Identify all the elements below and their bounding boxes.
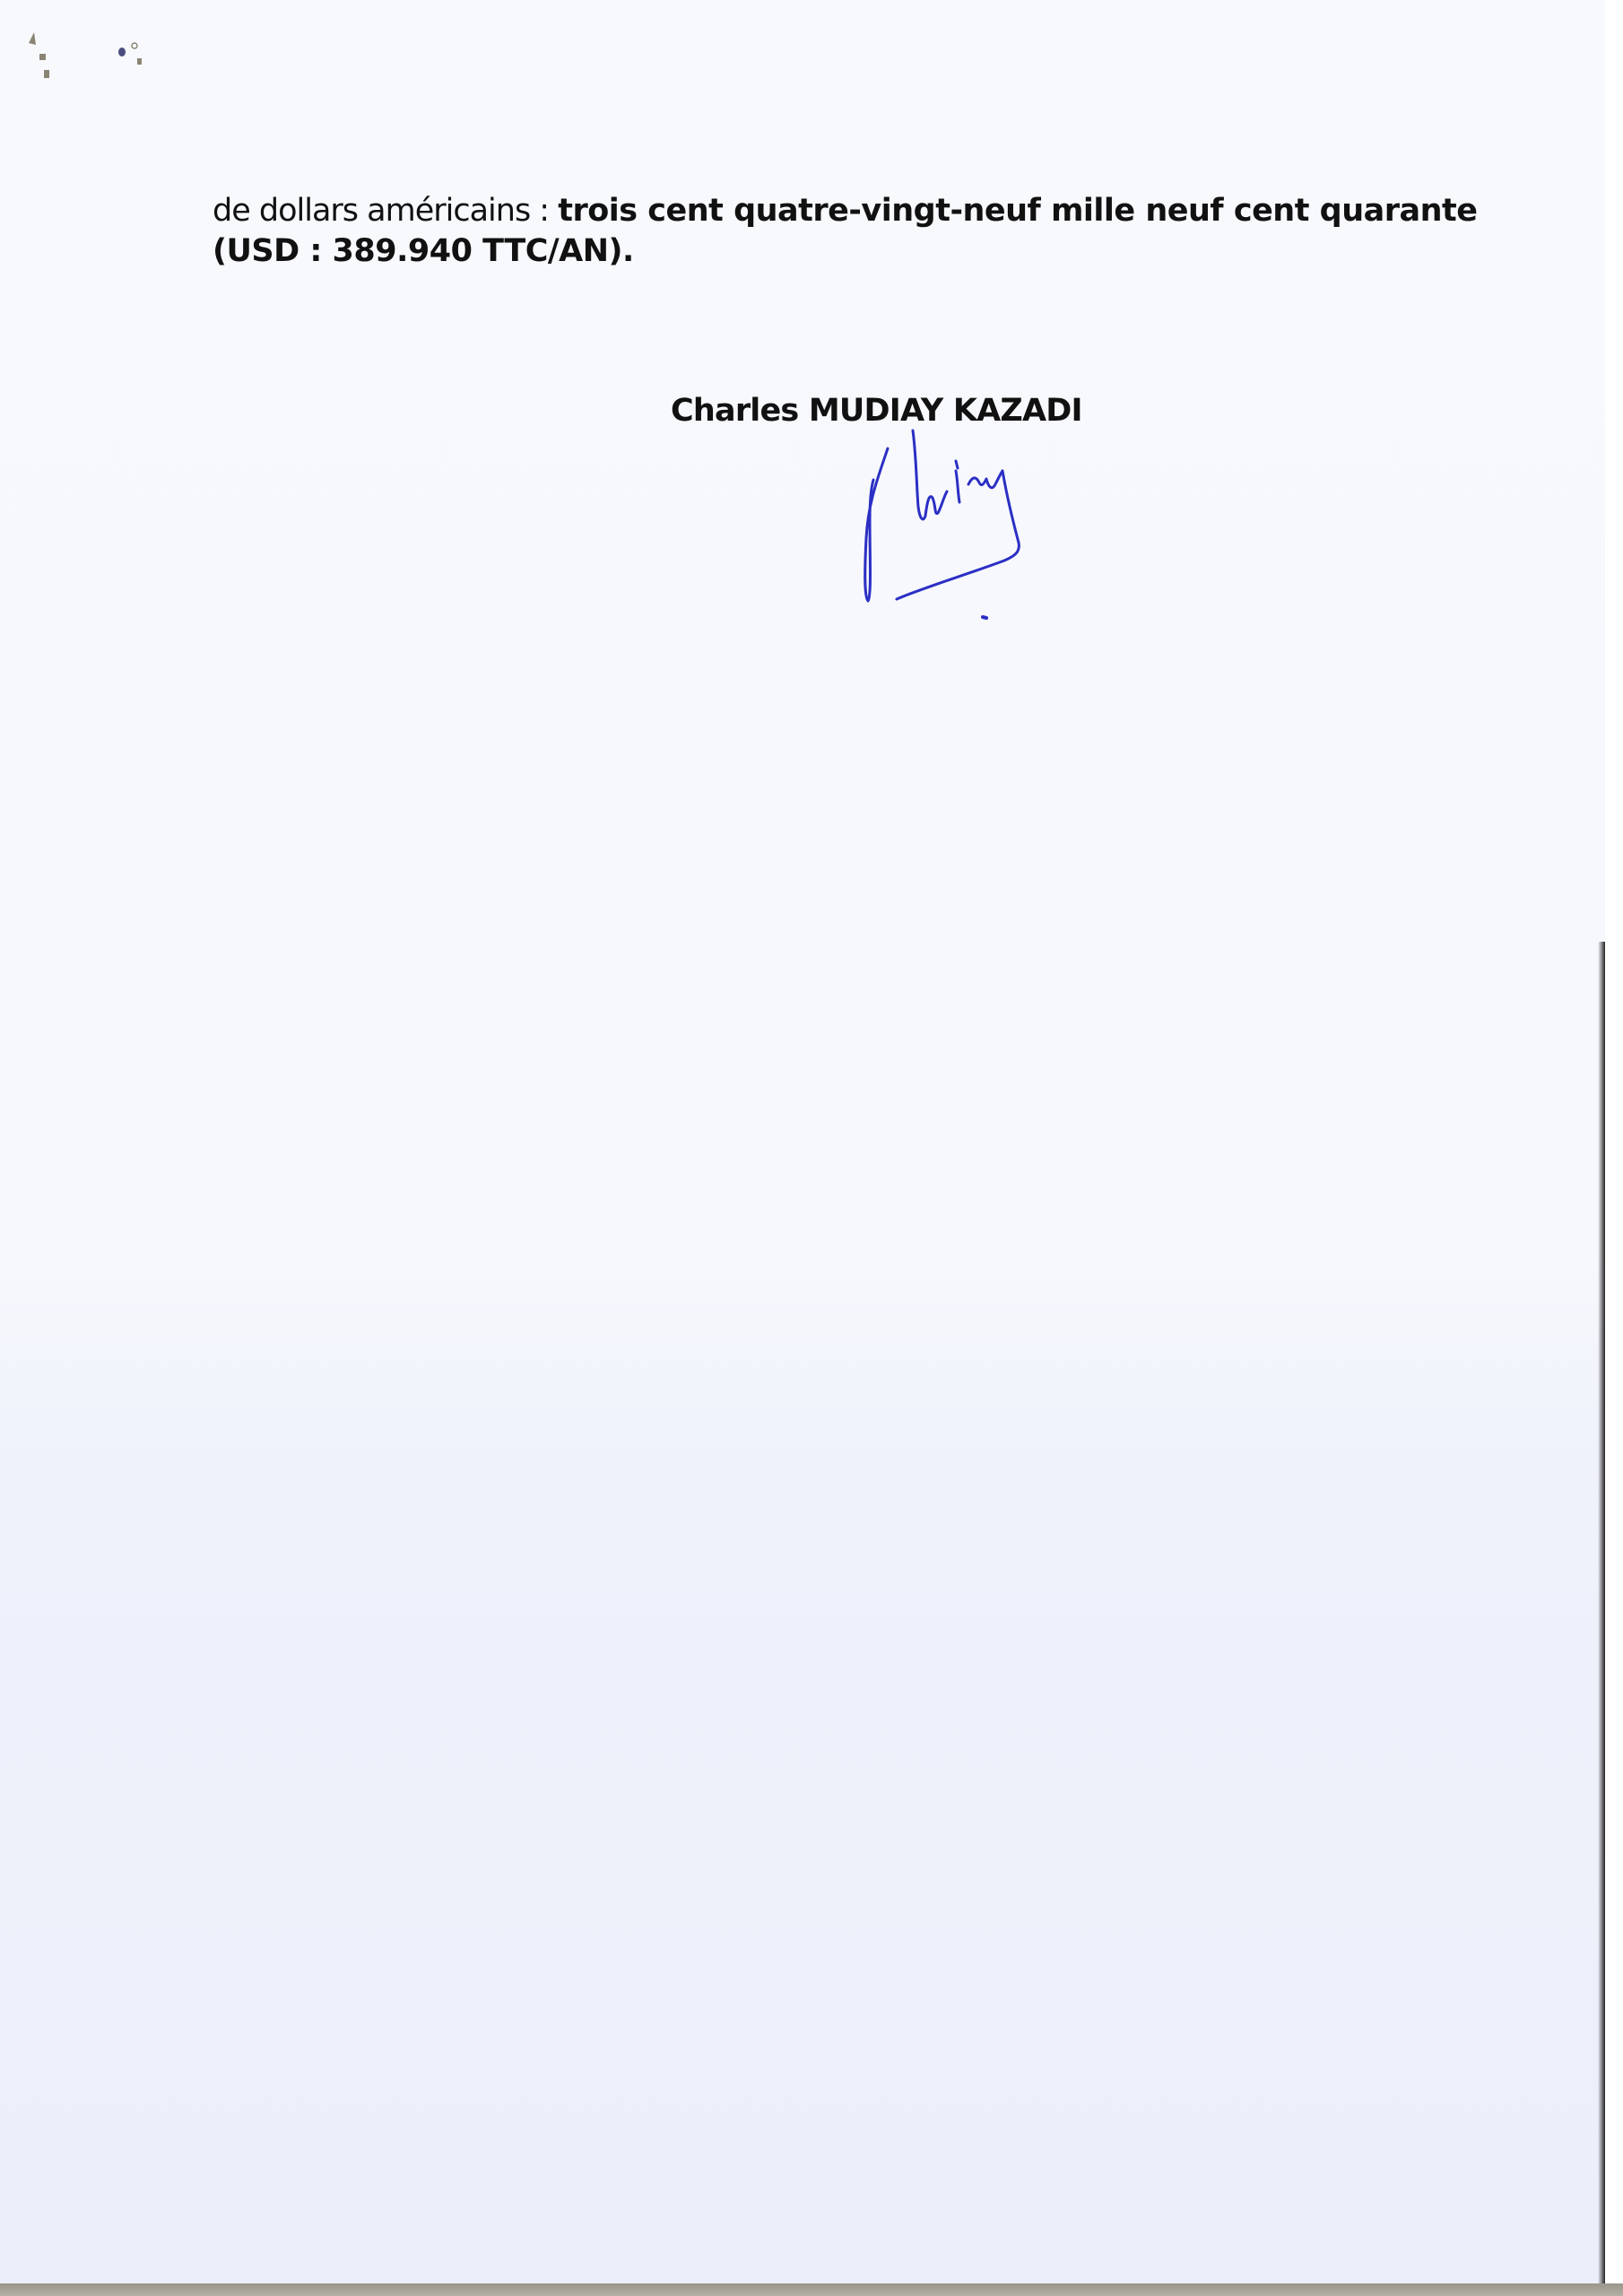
amount-in-words: trois cent quatre-vingt-neuf mille neuf … bbox=[558, 193, 1477, 229]
amount-in-figures: (USD : 389.940 TTC/AN). bbox=[213, 233, 634, 269]
staple-holes-icon bbox=[18, 18, 161, 90]
lead-text: de dollars américains : bbox=[213, 193, 558, 229]
document-page: de dollars américains : trois cent quatr… bbox=[0, 0, 1605, 2283]
handwritten-signature-icon bbox=[861, 422, 1094, 628]
page-right-edge-shadow bbox=[1598, 942, 1605, 2287]
scanner-bottom-edge bbox=[0, 2283, 1623, 2296]
amount-paragraph: de dollars américains : trois cent quatr… bbox=[213, 191, 1486, 272]
